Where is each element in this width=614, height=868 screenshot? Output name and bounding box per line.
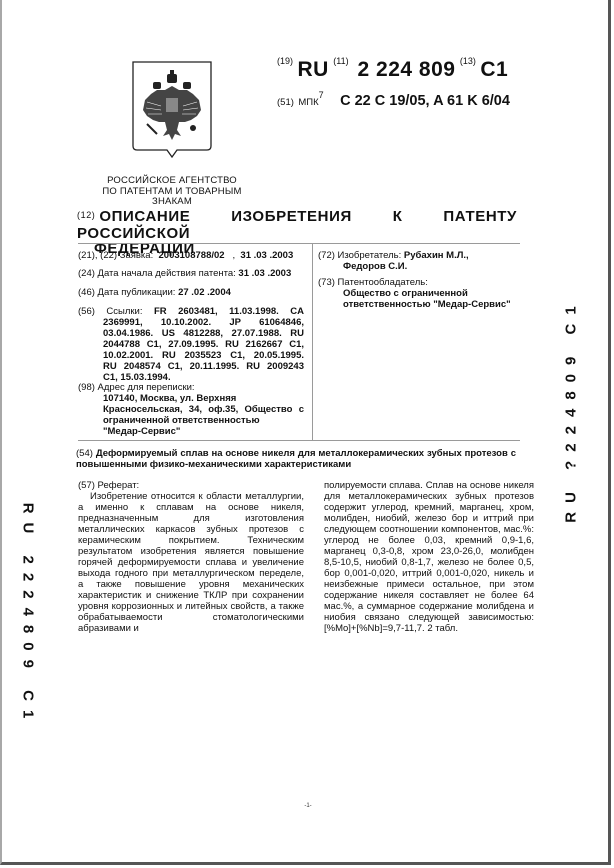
reference-line: FR 2603481, 11.03.1998. CA	[154, 306, 304, 317]
inid-code: (73)	[318, 277, 335, 288]
references-field: (56) Ссылки: FR 2603481, 11.03.1998. CA …	[78, 306, 304, 383]
ipc-classes: C 22 C 19/05, A 61 K 6/04	[340, 93, 510, 109]
reference-line: 03.04.1986. US 4812288, 27.07.1988. RU	[103, 328, 304, 339]
field-label: Адрес для переписки:	[98, 382, 195, 393]
inid-code-13: (13)	[460, 56, 476, 66]
inid-code-19: (19)	[277, 56, 293, 66]
application-date: 31 .03 .2003	[240, 250, 293, 261]
inid-code: (72)	[318, 250, 335, 261]
abstract-heading: (57) Реферат:	[78, 480, 139, 491]
reference-line: 2369991, 10.10.2002. JP 61064846,	[103, 317, 304, 328]
document-title: (12)ОПИСАНИЕ ИЗОБРЕТЕНИЯ К ПАТЕНТУ РОССИ…	[77, 209, 517, 256]
invention-title: (54) Деформируемый сплав на основе никел…	[76, 448, 516, 470]
inid-code: (98)	[78, 382, 95, 393]
page-number: -1-	[298, 803, 318, 809]
divider-top	[78, 243, 520, 244]
reference-line: 10.02.2001. RU 2035523 C1, 20.05.1995.	[103, 350, 304, 361]
abstract-text: Изобретение относится к области металлур…	[78, 491, 304, 634]
field-label: Изобретатель:	[338, 250, 402, 261]
divider-bottom	[78, 440, 520, 441]
patent-number-header: (19) RU (11) 2 224 809 (13) C1	[277, 58, 508, 82]
inid-code-12: (12)	[77, 210, 95, 220]
field-label: Дата публикации:	[98, 287, 176, 298]
abstract-left-column: Изобретение относится к области металлур…	[78, 491, 304, 634]
address-line: "Медар-Сервис"	[103, 426, 180, 437]
side-label-left: RU 2224809 C1	[10, 490, 46, 740]
title-line: ОПИСАНИЕ ИЗОБРЕТЕНИЯ К ПАТЕНТУ РОССИЙСКО…	[77, 208, 517, 242]
coat-of-arms-emblem-icon	[131, 60, 213, 160]
inid-code-11: (11)	[333, 56, 348, 66]
inid-code: (57)	[78, 480, 95, 491]
patent-page: РОССИЙСКОЕ АГЕНТСТВО ПО ПАТЕНТАМ И ТОВАР…	[0, 0, 611, 865]
agency-name: РОССИЙСКОЕ АГЕНТСТВО ПО ПАТЕНТАМ И ТОВАР…	[92, 176, 252, 208]
address-line: 107140, Москва, ул. Верхняя	[103, 393, 236, 404]
field-value: 27 .02 .2004	[178, 287, 231, 298]
correspondence-address-field: (98) Адрес для переписки: 107140, Москва…	[78, 382, 304, 437]
divider-column	[312, 243, 313, 440]
application-field: (21), (22) Заявка: 2003108788/02 , 31 .0…	[78, 250, 308, 261]
reference-line: RU 2048574 C1, 20.11.1995. RU 2009243	[103, 361, 304, 372]
inid-code: (54)	[76, 448, 93, 459]
country-code: RU	[297, 58, 328, 81]
inventor-name: Федоров С.И.	[343, 261, 407, 272]
inventor-name: Рубахин М.Л.,	[404, 250, 469, 261]
invention-title-line: Деформируемый сплав на основе никеля для…	[96, 448, 516, 459]
document-kind: C1	[480, 58, 508, 81]
field-label: Заявка:	[120, 250, 154, 261]
effective-date-field: (24) Дата начала действия патента: 31 .0…	[78, 268, 291, 279]
patent-number: 2 224 809	[358, 58, 456, 81]
field-value: 31 .03 .2003	[238, 268, 291, 279]
publication-date-field: (46) Дата публикации: 27 .02 .2004	[78, 287, 231, 298]
agency-line: ЗНАКАМ	[92, 197, 252, 208]
ipc-label: МПК	[298, 97, 318, 108]
inid-code-51: (51)	[277, 97, 294, 108]
abstract-text: полируемости сплава. Сплав на основе ник…	[324, 480, 534, 634]
ipc-edition: 7	[319, 90, 324, 100]
inid-code: (46)	[78, 287, 95, 298]
side-label-right: RU ?224809 C1	[558, 300, 584, 520]
side-label-text: RU ?224809 C1	[563, 297, 580, 522]
patentee-name: Общество с ограниченной	[343, 288, 468, 299]
address-line: Красносельская, 34, оф.35, Общество с	[103, 404, 304, 415]
application-number: 2003108788/02	[159, 250, 225, 261]
inid-code: (21), (22)	[78, 250, 117, 261]
inid-code: (24)	[78, 268, 95, 279]
side-label-text: RU 2224809 C1	[20, 503, 37, 728]
agency-line: РОССИЙСКОЕ АГЕНТСТВО	[92, 176, 252, 187]
address-line: ограниченной ответственностью	[103, 415, 260, 426]
field-label: Ссылки:	[106, 306, 142, 317]
reference-line: 2044788 C1, 27.09.1995. RU 2162667 C1,	[103, 339, 304, 350]
abstract-right-column: полируемости сплава. Сплав на основе ник…	[324, 480, 534, 634]
field-label: Дата начала действия патента:	[98, 268, 236, 279]
inventors-field: (72) Изобретатель: Рубахин М.Л., Федоров…	[318, 250, 518, 272]
inid-code: (56)	[78, 306, 95, 317]
ipc-header: (51) МПК7 C 22 C 19/05, A 61 K 6/04	[277, 92, 510, 110]
invention-title-line: повышенными физико-механическими характе…	[76, 459, 351, 470]
field-label: Патентообладатель:	[338, 277, 428, 288]
abstract-label: Реферат:	[98, 480, 140, 491]
patentee-name: ответственностью "Медар-Сервис"	[343, 299, 511, 310]
patentee-field: (73) Патентообладатель: Общество с огран…	[318, 277, 518, 310]
